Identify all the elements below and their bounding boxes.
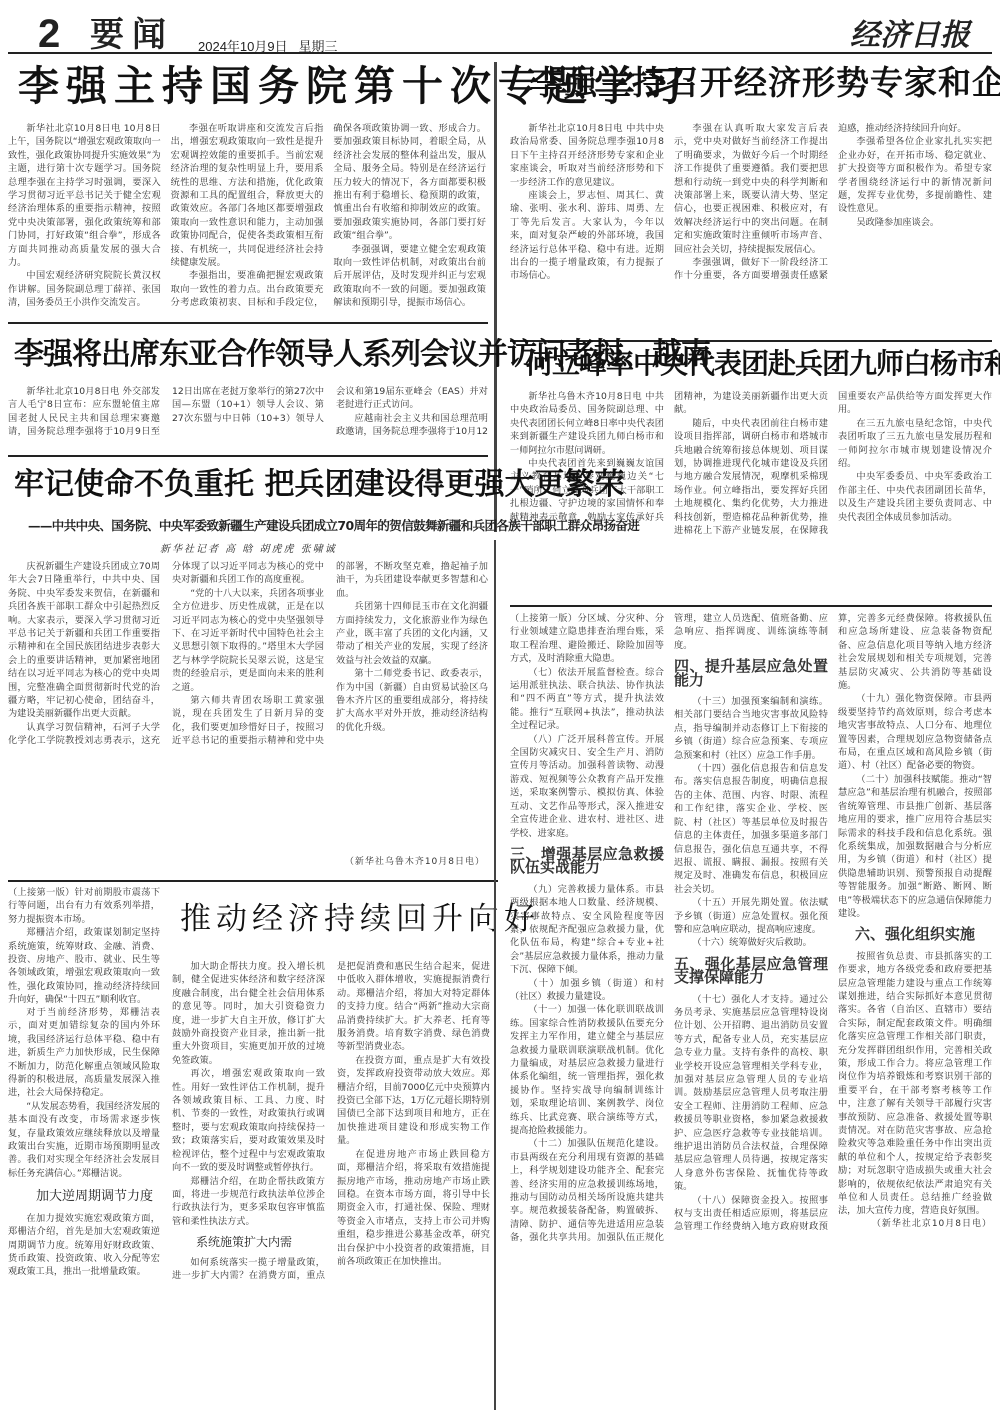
divider bbox=[8, 455, 488, 457]
section-heading: 四、提升基层应急处置能力 bbox=[674, 660, 828, 687]
continued-label: （上接第一版） bbox=[510, 613, 578, 624]
article-a6-cols: 加大助企帮扶力度。投入增长机制，健全促进实体经济和数字经济深度融合制度，出台健全… bbox=[172, 960, 490, 1408]
paragraph: 李强在认真听取大家发言后表示，党中央对做好当前经济工作提出了明确要求，为做好今后… bbox=[674, 122, 828, 256]
paragraph: 对于当前经济形势，郑栅洁表示，面对更加错综复杂的国内外环境，我国经济运行总体平稳… bbox=[8, 1006, 160, 1100]
byline-a5: 新华社记者 高 晗 胡虎虎 张啸诚 bbox=[160, 540, 337, 555]
section-heading: 加大逆周期调节力度 bbox=[36, 1190, 160, 1203]
article-a7-body: （上接第一版）分区域、分灾种、分行业领域建立隐患排查治理台账，采取工程治理、避险… bbox=[510, 612, 992, 1410]
masthead-rule bbox=[8, 52, 992, 54]
paragraph: （十五）开展先期处置。依法赋予乡镇（街道）应急处置权。强化预警和应急响应联动，提… bbox=[674, 896, 828, 936]
article-a5-body: 庆祝新疆生产建设兵团成立70周年大会7日隆重举行，中共中央、国务院、中央军委发来… bbox=[8, 560, 488, 858]
paragraph: 李强在听取讲座和交流发言后指出，增强宏观政策取向一致性是提升宏观调控效能的重要抓… bbox=[171, 122, 324, 269]
paragraph: 加大助企帮扶力度。投入增长机制，健全促进实体经济和数字经济深度融合制度，出台健全… bbox=[172, 960, 325, 1067]
paragraph: （二十）加强科技赋能。推动“智慧应急”和基层治理有机融合，按照部省统筹管理、市县… bbox=[838, 773, 992, 920]
paragraph: 新华社北京10月8日电 中共中央政治局常委、国务院总理李强10月8日下午主持召开… bbox=[510, 122, 664, 189]
paragraph: 新华社乌鲁木齐10月8日电 中共中央政治局委员、国务院副总理、中央代表团团长何立… bbox=[510, 390, 664, 457]
paragraph: 李强希望各位企业家扎扎实实把企业办好，在开拓市场、稳定就业、扩大投资等方面积极作… bbox=[838, 135, 992, 215]
section-heading: 五、强化基层应急管理支撑保障能力 bbox=[674, 958, 828, 985]
paragraph: 在投资方面，重点是扩大有效投资，发挥政府投资带动放大效应。郑栅洁介绍，目前700… bbox=[337, 1054, 490, 1148]
paragraph: “党的十八大以来，兵团各项事业全方位进步、历史性成就，正是在以习近平同志为核心的… bbox=[172, 587, 324, 694]
credit-a5: （新华社乌鲁木齐10月8日电） bbox=[330, 856, 485, 870]
subheadline-a5: ——中共中央、国务院、中央军委致新疆生产建设兵团成立70周年的贺信鼓舞新疆和兵团… bbox=[28, 516, 639, 534]
column-divider bbox=[494, 62, 497, 532]
headline-a2: 李强主持召开经济形势专家和企业家座谈会 bbox=[530, 66, 1000, 99]
paragraph: 座谈会上，罗志恒、周其仁、黄瑜、张明、张水利、游玮、周勇、左丁等先后发言。大家认… bbox=[510, 189, 664, 283]
credit-a7: （新华社北京10月8日电） bbox=[838, 1218, 992, 1231]
paragraph: （九）完善救援力量体系。市县两级根据本地人口数量、经济规模、灾害事故特点、安全风… bbox=[510, 883, 664, 977]
headline-a4: 何立峰率中央代表团赴兵团九师白杨市和一师阿拉尔市慰问调研 bbox=[525, 350, 1000, 378]
paragraph: （十九）强化物资保障。市县两级要坚持节约高效原则，综合考虑本地灾害事故特点、人口… bbox=[838, 692, 992, 772]
paragraph: 庆祝新疆生产建设兵团成立70周年大会7日隆重举行，中共中央、国务院、中央军委发来… bbox=[8, 560, 160, 721]
page-number: 2 bbox=[38, 14, 60, 54]
section-heading: 系统施策扩大内需 bbox=[196, 1236, 325, 1249]
article-a1-body: 新华社北京10月8日电 10月8日上午，国务院以“增强宏观政策取向一致性，强化政… bbox=[8, 122, 486, 312]
paragraph: （八）广泛开展科普宣传。开展全国防灾减灾日、安全生产月、消防宣传月等活动。加强科… bbox=[510, 733, 664, 840]
paragraph: （十六）统筹做好灾后救助。 bbox=[674, 936, 828, 949]
paragraph: （十七）强化人才支持。通过公务员考录、实施基层应急管理特设岗位计划、公开招聘、退… bbox=[674, 993, 828, 1194]
section-heading: 六、强化组织实施 bbox=[838, 928, 992, 941]
paragraph: 吴政隆参加座谈会。 bbox=[838, 216, 992, 229]
column-divider bbox=[494, 540, 496, 1410]
divider bbox=[8, 322, 488, 324]
paragraph: 按照省负总责、市县抓落实的工作要求，地方各级党委和政府要把基层应急管理能力建设与… bbox=[838, 950, 992, 1218]
divider bbox=[8, 880, 498, 882]
paragraph: 郑栅洁介绍，在助企帮扶政策方面，将进一步规范行政执法单位涉企行政执法行为，更多采… bbox=[172, 1175, 325, 1229]
paragraph: 兵团第十四师昆玉市在文化润疆方面持续发力，文化旅游业作为绿色产业，既丰富了兵团的… bbox=[336, 600, 488, 667]
headline-a6: 推动经济持续回升向好 bbox=[180, 904, 540, 935]
paragraph: 新华社北京10月8日电 10月8日上午，国务院以“增强宏观政策取向一致性，强化政… bbox=[8, 122, 161, 269]
paragraph: 在加力提效实施宏观政策方面，郑栅洁介绍，首先是加大宏观政策逆周期调节力度。统筹用… bbox=[8, 1212, 160, 1279]
paragraph: 郑栅洁介绍，政策谋划制定坚持系统施策，统筹财政、金融、消费、投资、房地产、股市、… bbox=[8, 926, 160, 1006]
article-a2-body: 新华社北京10月8日电 中共中央政治局常委、国务院总理李强10月8日下午主持召开… bbox=[510, 122, 992, 330]
article-a6-col1: 对于当前经济形势，郑栅洁表示，面对更加错综复杂的国内外环境，我国经济运行总体平稳… bbox=[8, 1006, 160, 1406]
article-a3-body: 新华社北京10月8日电 外交部发言人毛宁8日宣布：应东盟轮值主席国老挝人民民主共… bbox=[8, 385, 488, 441]
paragraph: （十四）强化信息报告和信息发布。落实信息报告制度，明确信息报告的主体、范围、内容… bbox=[674, 762, 828, 896]
paragraph: （十）加强乡镇（街道）和村（社区）救援力量建设。 bbox=[510, 977, 664, 1004]
paragraph: 中央军委委员、中央军委政治工作部主任、中央代表团副团长苗华，以及生产建设兵团主要… bbox=[838, 470, 992, 524]
continued-label: （上接第一版） bbox=[8, 887, 75, 898]
section-title: 要闻 bbox=[90, 16, 174, 54]
paragraph: 第十二师党委书记、政委表示，作为中国（新疆）自由贸易试验区乌鲁木齐片区的重要组成… bbox=[336, 667, 488, 734]
section-heading: 三、增强基层应急救援队伍实战能力 bbox=[510, 848, 664, 875]
paragraph: 中国宏观经济研究院院长黄汉权作讲解。国务院副总理丁薛祥、张国清，国务委员王小洪作… bbox=[8, 269, 161, 309]
paragraph: 在三五九旅屯垦纪念馆，中央代表团听取了三五九旅屯垦发展历程和一师阿拉尔市城市规划… bbox=[838, 417, 992, 471]
paragraph: 李强强调，要建立健全宏观政策取向一致性评估机制，对政策出台前后开展评估，及时发现… bbox=[333, 243, 486, 310]
paragraph: （十三）加强预案编制和演练。相关部门要结合当地灾害事故风险特点，指导编制并动态修… bbox=[674, 695, 828, 762]
paragraph: （十一）加强一体化联训联战训练。国家综合性消防救援队伍要充分发挥主力军作用，建立… bbox=[510, 1003, 664, 1137]
paragraph: “从发展态势看，我国经济发展的基本面没有改变，市场需求逐步恢复，存量政策效应继续… bbox=[8, 1100, 160, 1180]
newspaper-logo: 经济日报 bbox=[850, 10, 970, 54]
article-a6-intro: （上接第一版）针对前期股市震荡下行等问题，出台有力有效系列举措，努力提振资本市场… bbox=[8, 886, 160, 1006]
headline-a5: 牢记使命不负重托 把兵团建设得更强大更繁荣 bbox=[14, 470, 624, 500]
paragraph: （七）依法开展监督检查。综合运用派驻执法、联合执法、协作执法和“四不两直”等方式… bbox=[510, 666, 664, 733]
paragraph: 在促进房地产市场止跌回稳方面，郑栅洁介绍，将采取有效措施提振房地产市场，推动房地… bbox=[337, 1148, 490, 1269]
paragraph: 再次，增强宏观政策取向一致性。用好一致性评估工作机制，提升各领域政策目标、工具、… bbox=[172, 1067, 325, 1174]
divider bbox=[510, 605, 992, 607]
masthead: 2 要闻 2024年10月9日 星期三 经济日报 bbox=[0, 0, 1000, 56]
